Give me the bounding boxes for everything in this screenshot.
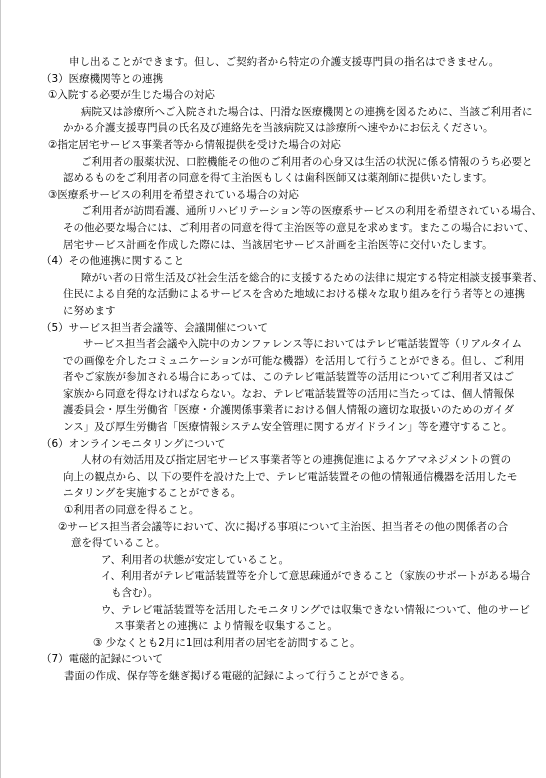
document-text-body: 申し出ることができます。但し、ご契約者から特定の介護支援専門員の指名はできません… [1, 54, 542, 685]
text-line: ③ 少なくとも2月に1回は利用者の居宅を訪問すること。 [1, 635, 542, 652]
text-line: ンス」及び厚生労働省「医療情報システム安全管理に関するガイドライン」等を遵守する… [1, 419, 542, 436]
text-line: 障がい者の日常生活及び社会生活を総合的に支援するための法律に規定する特定相談支援… [1, 270, 542, 287]
text-line: ②指定居宅サービス事業者等から情報提供を受けた場合の対応 [1, 137, 542, 154]
text-line: （6）オンラインモニタリングについて [1, 436, 542, 453]
text-line: 書面の作成、保存等を継ぎ掲げる電磁的記録によって行うことができる。 [1, 668, 542, 685]
text-line: 意を得ていること。 [1, 535, 542, 552]
text-line: ニタリングを実施することができる。 [1, 485, 542, 502]
text-line: 人材の有効活用及び指定居宅サービス事業者等との連携促進によるケアマネジメントの質… [1, 452, 542, 469]
text-line: 家族から同意を得なければならない。なお、テレビ電話装置等の活用に当たっては、個人… [1, 386, 542, 403]
text-line: ①入院する必要が生じた場合の対応 [1, 87, 542, 104]
text-line: 居宅サービス計画を作成した際には、当該居宅サービス計画を主治医等に交付いたします… [1, 237, 542, 254]
text-line: での画像を介したコミュニケーションが可能な機器）を活用して行うことができる。但し… [1, 353, 542, 370]
text-line: （5）サービス担当者会議等、会議開催について [1, 320, 542, 337]
text-line: （3）医療機関等との連携 [1, 71, 542, 88]
text-line: （7）電磁的記録について [1, 651, 542, 668]
text-line: （4）その他連携に関すること [1, 253, 542, 270]
text-line: ②サービス担当者会議等において、次に掲げる事項について主治医、担当者その他の関係… [1, 519, 542, 536]
text-line: 者やご家族が参加される場合にあっては、このテレビ電話装置等の活用についてご利用者… [1, 369, 542, 386]
text-line: その他必要な場合には、ご利用者の同意を得て主治医等の意見を求めます。またこの場合… [1, 220, 542, 237]
text-line: ③医療系サービスの利用を希望されている場合の対応 [1, 187, 542, 204]
text-line: ア、利用者の状態が安定していること。 [1, 552, 542, 569]
text-line: ご利用者が訪問看護、通所リハビリテーション等の医療系サービスの利用を希望されてい… [1, 203, 542, 220]
text-line: 住民による自発的な活動によるサービスを含めた地域における様々な取り組みを行う者等… [1, 286, 542, 303]
text-line: 向上の観点から、以 下の要件を設けた上で、テレビ電話装置その他の情報通信機器を活… [1, 469, 542, 486]
text-line: ウ、テレビ電話装置等を活用したモニタリングでは収集できない情報について、他のサー… [1, 602, 542, 619]
text-line: に努めます [1, 303, 542, 320]
text-line: も含む）。 [1, 585, 542, 602]
text-line: イ、利用者がテレビ電話装置等を介して意思疎通ができること（家族のサポートがある場… [1, 568, 542, 585]
text-line: ご利用者の服薬状況、口腔機能その他のご利用者の心身又は生活の状況に係る情報のうち… [1, 154, 542, 171]
text-line: 護委員会・厚生労働省「医療・介護関係事業者における個人情報の適切な取扱いのための… [1, 402, 542, 419]
text-line: 認めるものをご利用者の同意を得て主治医もしくは歯科医師又は薬剤師に提供いたします… [1, 170, 542, 187]
document-page: 申し出ることができます。但し、ご契約者から特定の介護支援専門員の指名はできません… [0, 0, 546, 778]
text-line: サービス担当者会議や入院中のカンファレンス等においてはテレビ電話装置等（リアルタ… [1, 336, 542, 353]
text-line: ス事業者との連携に より情報を収集すること。 [1, 618, 542, 635]
text-line: 病院又は診療所へご入院された場合は、円滑な医療機関との連携を図るために、当該ご利… [1, 104, 542, 121]
text-line: 申し出ることができます。但し、ご契約者から特定の介護支援専門員の指名はできません… [1, 54, 542, 71]
text-line: かかる介護支援専門員の氏名及び連絡先を当該病院又は診療所へ速やかにお伝えください… [1, 120, 542, 137]
text-line: ①利用者の同意を得ること。 [1, 502, 542, 519]
